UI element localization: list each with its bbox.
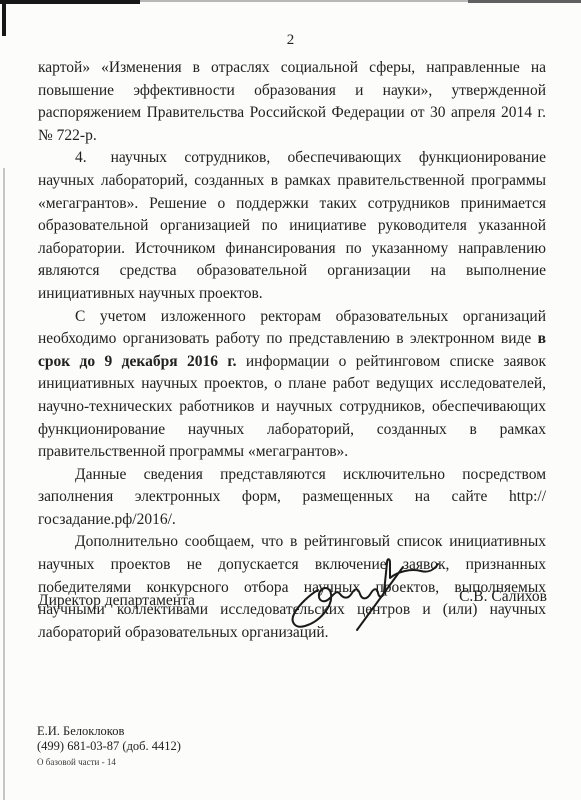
handwritten-signature-image <box>285 550 445 638</box>
footer-phone-number: (499) 681-03-87 (доб. 4412) <box>37 739 181 754</box>
paragraph-continuation: картой» «Изменения в отраслях социальной… <box>38 57 546 147</box>
scan-artifact-top-horizontal <box>0 0 140 4</box>
scan-artifact-top-right <box>468 0 581 3</box>
footer-executor-name: Е.И. Белоклоков <box>37 724 124 739</box>
paragraph-deadline-pre: С учетом изложенного ректорам образовате… <box>38 308 546 348</box>
signer-name: С.В. Салихов <box>459 588 547 606</box>
scan-artifact-top-middle <box>140 0 470 2</box>
paragraph-website: Данные сведения представляются исключите… <box>38 464 546 532</box>
paragraph-item-4: 4.научных сотрудников, обеспечивающих фу… <box>38 147 546 305</box>
paragraph-continuation-text: картой» «Изменения в отраслях социальной… <box>38 59 546 144</box>
paragraph-item-4-text: научных сотрудников, обеспечивающих функ… <box>38 149 546 302</box>
page-number: 2 <box>0 32 581 49</box>
scan-artifact-left-edge <box>3 168 5 800</box>
footer-file-note: О базовой части - 14 <box>37 757 116 767</box>
signer-position-title: Директор департамента <box>38 592 195 610</box>
paragraph-deadline: С учетом изложенного ректорам образовате… <box>38 306 546 464</box>
scan-artifact-top-vertical <box>2 0 6 36</box>
paragraph-website-text: Данные сведения представляются исключите… <box>38 466 546 528</box>
scanned-letter-page: 2 картой» «Изменения в отраслях социальн… <box>0 0 581 800</box>
paragraph-item-4-number: 4. <box>75 149 111 166</box>
